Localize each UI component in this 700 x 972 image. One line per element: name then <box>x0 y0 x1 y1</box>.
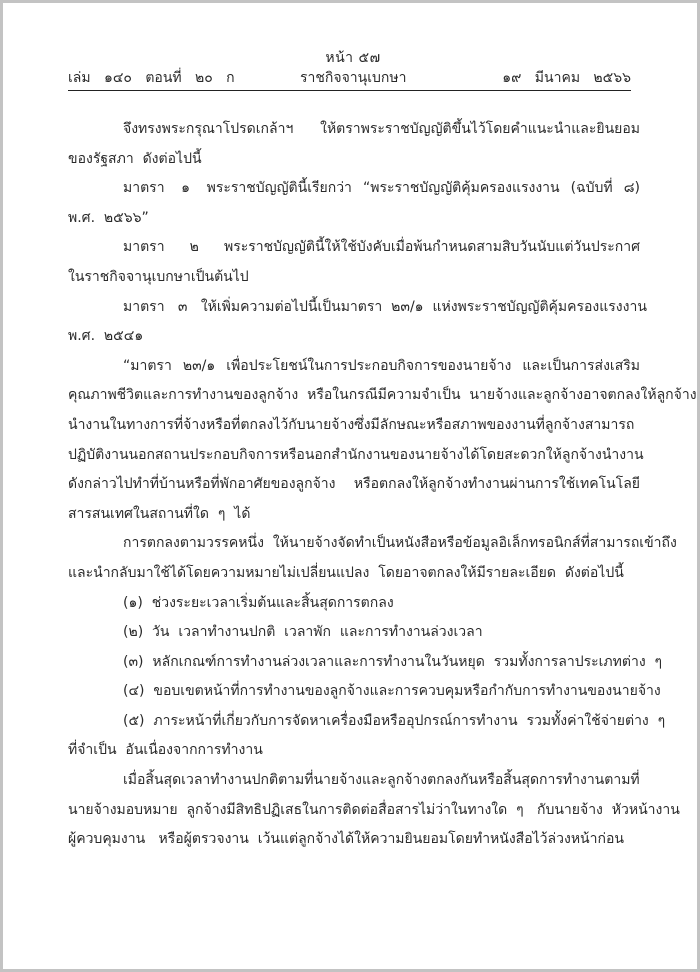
text-line: พ.ศ. ๒๕๖๖” <box>68 204 640 234</box>
text-line: ในราชกิจจานุเบกษาเป็นต้นไป <box>68 263 640 293</box>
publication-title: ราชกิจจานุเบกษา <box>300 67 406 89</box>
section-1-line: มาตรา ๑ พระราชบัญญัตินี้เรียกว่า “พระราช… <box>68 174 640 204</box>
header-divider <box>68 90 631 91</box>
text-line: ปฏิบัติงานนอกสถานประกอบกิจการหรือนอกสำนั… <box>68 441 640 471</box>
section-2-line: มาตรา ๒ พระราชบัญญัตินี้ให้ใช้บังคับเมื่… <box>68 233 640 263</box>
page-number: หน้า ๕๗ <box>3 47 700 69</box>
text-line: สารสนเทศในสถานที่ใด ๆ ได้ <box>68 500 640 530</box>
list-item-1: (๑) ช่วงระยะเวลาเริ่มต้นและสิ้นสุดการตกล… <box>68 589 640 619</box>
text-line: พ.ศ. ๒๕๔๑ <box>68 322 640 352</box>
volume-issue: เล่ม ๑๔๐ ตอนที่ ๒๐ ก <box>68 67 235 89</box>
paragraph-2-line: การตกลงตามวรรคหนึ่ง ให้นายจ้างจัดทำเป็นห… <box>68 529 640 559</box>
text-line: ดังกล่าวไปทำที่บ้านหรือที่พักอาศัยของลูก… <box>68 470 640 500</box>
document-body: จึงทรงพระกรุณาโปรดเกล้าฯ ให้ตราพระราชบัญ… <box>68 115 640 855</box>
section-3-line: มาตรา ๓ ให้เพิ่มความต่อไปนี้เป็นมาตรา ๒๓… <box>68 293 640 323</box>
text-line: ที่จำเป็น อันเนื่องจากการทำงาน <box>68 736 640 766</box>
paragraph-3-line: เมื่อสิ้นสุดเวลาทำงานปกติตามที่นายจ้างแล… <box>68 766 640 796</box>
document-page: หน้า ๕๗ เล่ม ๑๔๐ ตอนที่ ๒๐ ก ราชกิจจานุเ… <box>0 0 700 972</box>
text-line: คุณภาพชีวิตและการทำงานของลูกจ้าง หรือในก… <box>68 381 640 411</box>
section-23-1-line: “มาตรา ๒๓/๑ เพื่อประโยชน์ในการประกอบกิจก… <box>68 352 640 382</box>
gazette-header: เล่ม ๑๔๐ ตอนที่ ๒๐ ก ราชกิจจานุเบกษา ๑๙ … <box>68 67 631 89</box>
text-line: นายจ้างมอบหมาย ลูกจ้างมีสิทธิปฏิเสธในการ… <box>68 796 640 826</box>
text-line: และนำกลับมาใช้ได้โดยความหมายไม่เปลี่ยนแป… <box>68 559 640 589</box>
list-item-5: (๕) ภาระหน้าที่เกี่ยวกับการจัดหาเครื่องม… <box>68 707 640 737</box>
text-line: นำงานในทางการที่จ้างหรือที่ตกลงไว้กับนาย… <box>68 411 640 441</box>
list-item-3: (๓) หลักเกณฑ์การทำงานล่วงเวลาและการทำงาน… <box>68 648 640 678</box>
text-line: จึงทรงพระกรุณาโปรดเกล้าฯ ให้ตราพระราชบัญ… <box>68 115 640 145</box>
list-item-4: (๔) ขอบเขตหน้าที่การทำงานของลูกจ้างและกา… <box>68 677 640 707</box>
publication-date: ๑๙ มีนาคม ๒๕๖๖ <box>502 67 631 89</box>
list-item-2: (๒) วัน เวลาทำงานปกติ เวลาพัก และการทำงา… <box>68 618 640 648</box>
text-line: ผู้ควบคุมงาน หรือผู้ตรวจงาน เว้นแต่ลูกจ้… <box>68 825 640 855</box>
text-line: ของรัฐสภา ดังต่อไปนี้ <box>68 145 640 175</box>
